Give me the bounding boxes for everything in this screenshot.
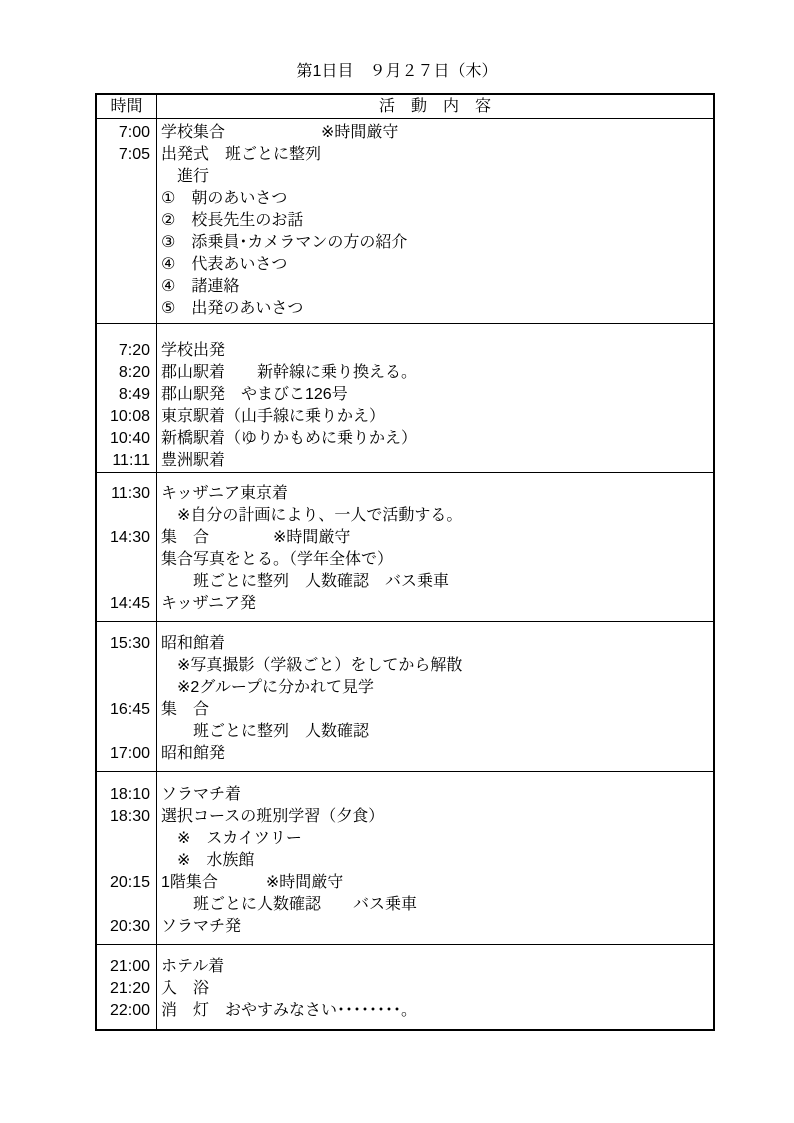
activity-text: 選択コースの班別学習（夕食） (157, 806, 713, 828)
activity-text: 新橋駅着（ゆりかもめに乗りかえ） (157, 428, 713, 450)
activity-column: ホテル着入 浴消 灯 おやすみなさい････････。 (157, 945, 713, 1029)
time-column: 21:0021:2022:00 (97, 945, 157, 1029)
activity-text: ⑤ 出発のあいさつ (157, 298, 713, 320)
activity-text: 集合写真をとる。（学年全体で） (157, 549, 713, 571)
time-cell: 11:11 (97, 450, 156, 472)
time-column: 7:007:05 (97, 119, 157, 323)
time-cell (97, 254, 156, 276)
activity-text: 班ごとに整列 人数確認 (157, 721, 713, 743)
time-cell (97, 188, 156, 210)
time-cell: 14:45 (97, 593, 156, 615)
activity-text: ④ 諸連絡 (157, 276, 713, 298)
time-cell: 10:40 (97, 428, 156, 450)
activity-text: ソラマチ発 (157, 916, 713, 938)
time-cell: 20:15 (97, 872, 156, 894)
activity-text: 郡山駅着 新幹線に乗り換える。 (157, 362, 713, 384)
time-cell: 7:20 (97, 340, 156, 362)
time-cell (97, 298, 156, 320)
activity-text: 1階集合 ※時間厳守 (157, 872, 713, 894)
activity-text: ソラマチ着 (157, 784, 713, 806)
time-cell (97, 505, 156, 527)
schedule-section: 21:0021:2022:00ホテル着入 浴消 灯 おやすみなさい･･･････… (97, 944, 713, 1029)
schedule-section: 7:208:208:4910:0810:4011:11学校出発郡山駅着 新幹線に… (97, 323, 713, 472)
schedule-section: 18:1018:3020:1520:30ソラマチ着選択コースの班別学習（夕食） … (97, 771, 713, 944)
activity-text: キッザニア発 (157, 593, 713, 615)
schedule-section: 11:3014:3014:45キッザニア東京着 ※自分の計画により、一人で活動す… (97, 472, 713, 621)
activity-text: 班ごとに人数確認 バス乗車 (157, 894, 713, 916)
activity-column: ソラマチ着選択コースの班別学習（夕食） ※ スカイツリー ※ 水族館1階集合 ※… (157, 772, 713, 944)
time-cell (97, 276, 156, 298)
time-column: 7:208:208:4910:0810:4011:11 (97, 324, 157, 472)
activity-text: 集 合 (157, 699, 713, 721)
table-header-row: 時間 活 動 内 容 (97, 95, 713, 119)
activity-text: 学校出発 (157, 340, 713, 362)
activity-text: ※ スカイツリー (157, 828, 713, 850)
time-cell: 22:00 (97, 1000, 156, 1022)
activity-text: 入 浴 (157, 978, 713, 1000)
document-title: 第1日目 ９月２７日（木） (0, 0, 794, 82)
time-cell (97, 828, 156, 850)
time-cell: 18:30 (97, 806, 156, 828)
activity-text: 進行 (157, 166, 713, 188)
activity-text: 学校集合 ※時間厳守 (157, 122, 713, 144)
time-cell: 7:05 (97, 144, 156, 166)
activity-text: 豊洲駅着 (157, 450, 713, 472)
activity-text: ② 校長先生のお話 (157, 210, 713, 232)
time-cell: 20:30 (97, 916, 156, 938)
time-cell: 10:08 (97, 406, 156, 428)
schedule-table: 時間 活 動 内 容 7:007:05学校集合 ※時間厳守出発式 班ごとに整列 … (95, 93, 715, 1031)
time-cell: 7:00 (97, 122, 156, 144)
activity-text: ※2グループに分かれて見学 (157, 677, 713, 699)
activity-text: ④ 代表あいさつ (157, 254, 713, 276)
time-cell (97, 210, 156, 232)
time-cell (97, 677, 156, 699)
time-column: 11:3014:3014:45 (97, 473, 157, 621)
time-cell (97, 166, 156, 188)
time-cell: 17:00 (97, 743, 156, 765)
time-cell: 11:30 (97, 483, 156, 505)
document-page: 第1日目 ９月２７日（木） 時間 活 動 内 容 7:007:05学校集合 ※時… (0, 0, 794, 1031)
time-cell (97, 232, 156, 254)
time-cell: 15:30 (97, 633, 156, 655)
time-cell (97, 571, 156, 593)
time-cell (97, 721, 156, 743)
time-cell (97, 894, 156, 916)
activity-text: ※写真撮影（学級ごと）をしてから解散 (157, 655, 713, 677)
schedule-section: 15:3016:4517:00昭和館着 ※写真撮影（学級ごと）をしてから解散 ※… (97, 621, 713, 771)
header-activity: 活 動 内 容 (157, 95, 713, 118)
activity-text: ① 朝のあいさつ (157, 188, 713, 210)
activity-text: 班ごとに整列 人数確認 バス乗車 (157, 571, 713, 593)
time-cell: 16:45 (97, 699, 156, 721)
time-column: 18:1018:3020:1520:30 (97, 772, 157, 944)
activity-text: 集 合 ※時間厳守 (157, 527, 713, 549)
time-cell: 8:20 (97, 362, 156, 384)
table-body: 7:007:05学校集合 ※時間厳守出発式 班ごとに整列 進行① 朝のあいさつ②… (97, 119, 713, 1029)
activity-text: ※自分の計画により、一人で活動する。 (157, 505, 713, 527)
time-cell (97, 850, 156, 872)
time-cell: 21:20 (97, 978, 156, 1000)
activity-text: 昭和館発 (157, 743, 713, 765)
schedule-section: 7:007:05学校集合 ※時間厳守出発式 班ごとに整列 進行① 朝のあいさつ②… (97, 119, 713, 323)
activity-text: 郡山駅発 やまびこ126号 (157, 384, 713, 406)
header-time: 時間 (97, 95, 157, 118)
time-cell: 21:00 (97, 956, 156, 978)
time-column: 15:3016:4517:00 (97, 622, 157, 771)
time-cell: 18:10 (97, 784, 156, 806)
time-cell (97, 655, 156, 677)
activity-text: 東京駅着（山手線に乗りかえ） (157, 406, 713, 428)
time-cell: 14:30 (97, 527, 156, 549)
activity-column: 学校集合 ※時間厳守出発式 班ごとに整列 進行① 朝のあいさつ② 校長先生のお話… (157, 119, 713, 323)
activity-text: 出発式 班ごとに整列 (157, 144, 713, 166)
activity-text: 昭和館着 (157, 633, 713, 655)
time-cell: 8:49 (97, 384, 156, 406)
activity-text: 消 灯 おやすみなさい････････。 (157, 1000, 713, 1022)
activity-column: キッザニア東京着 ※自分の計画により、一人で活動する。集 合 ※時間厳守集合写真… (157, 473, 713, 621)
activity-text: ホテル着 (157, 956, 713, 978)
activity-text: キッザニア東京着 (157, 483, 713, 505)
time-cell (97, 549, 156, 571)
activity-text: ③ 添乗員･カメラマンの方の紹介 (157, 232, 713, 254)
activity-column: 昭和館着 ※写真撮影（学級ごと）をしてから解散 ※2グループに分かれて見学集 合… (157, 622, 713, 771)
activity-column: 学校出発郡山駅着 新幹線に乗り換える。郡山駅発 やまびこ126号東京駅着（山手線… (157, 324, 713, 472)
activity-text: ※ 水族館 (157, 850, 713, 872)
